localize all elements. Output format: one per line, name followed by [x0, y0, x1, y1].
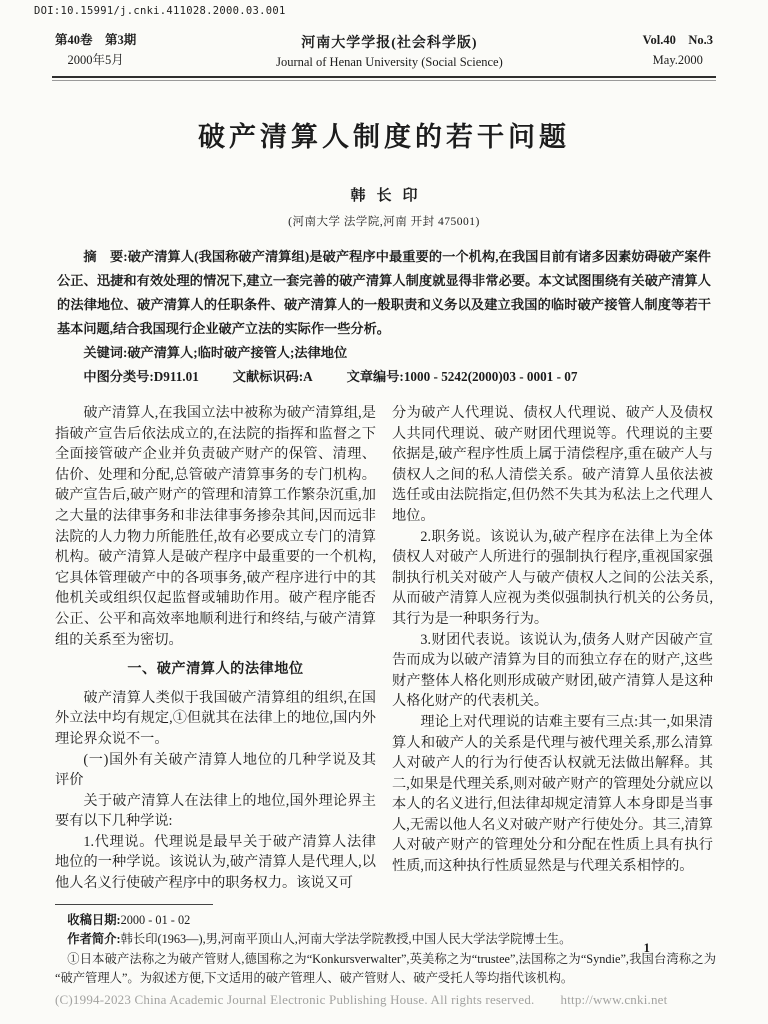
paragraph: 理论上对代理说的诘难主要有三点:其一,如果清算人和破产人的关系是代理与被代理关系… [392, 712, 713, 877]
paragraph: 破产清算人,在我国立法中被称为破产清算组,是指破产宣告后依法成立的,在法院的指挥… [55, 403, 376, 650]
keywords-label: 关键词: [83, 345, 127, 360]
copyright-text: (C)1994-2023 China Academic Journal Elec… [55, 992, 535, 1007]
journal-page: DOI:10.15991/j.cnki.411028.2000.03.001 第… [0, 0, 768, 1024]
author-bio-label: 作者简介: [67, 932, 120, 946]
author-name: 韩长印 [0, 184, 768, 205]
journal-name-en: Journal of Henan University (Social Scie… [276, 55, 503, 70]
body-columns: 破产清算人,在我国立法中被称为破产清算组,是指破产宣告后依法成立的,在法院的指挥… [55, 403, 713, 894]
copyright-bar: (C)1994-2023 China Academic Journal Elec… [55, 992, 728, 1008]
cnki-url: http://www.cnki.net [561, 992, 668, 1007]
clc-label: 中图分类号: [83, 369, 153, 384]
keywords-text: 破产清算人;临时破产接管人;法律地位 [127, 345, 347, 360]
date-en: May.2000 [643, 50, 713, 70]
journal-name-cn: 河南大学学报(社会科学版) [276, 32, 503, 52]
clc-value: D911.01 [154, 369, 199, 384]
footnote-1: ①日本破产法称之为破产管财人,德国称之为“Konkursverwalter”,英… [55, 950, 716, 989]
right-column: 分为破产人代理说、债权人代理说、破产人及债权人共同代理说、破产财团代理说等。代理… [392, 403, 713, 894]
paragraph: 破产清算人类似于我国破产清算组的组织,在国外立法中均有规定,①但就其在法律上的地… [55, 688, 376, 750]
section-heading: 一、破产清算人的法律地位 [55, 659, 376, 680]
footnotes: 收稿日期:2000 - 01 - 02 作者简介:韩长印(1963—),男,河南… [55, 911, 716, 989]
abstract-paragraph: 摘 要:破产清算人(我国称破产清算组)是破产程序中最重要的一个机构,在我国目前有… [57, 245, 711, 341]
keywords-line: 关键词:破产清算人;临时破产接管人;法律地位 [57, 341, 711, 365]
received-date-line: 收稿日期:2000 - 01 - 02 [55, 911, 716, 931]
author-affiliation: (河南大学 法学院,河南 开封 475001) [0, 213, 768, 229]
article-title: 破产清算人制度的若干问题 [0, 115, 768, 154]
date-cn: 2000年5月 [55, 50, 136, 70]
header-divider [52, 76, 716, 81]
volume-issue-cn: 第40卷 第3期 [55, 30, 136, 50]
paragraph: 2.职务说。该说认为,破产程序在法律上为全体债权人对破产人所进行的强制执行程序,… [392, 527, 713, 630]
journal-header: 第40卷 第3期 2000年5月 河南大学学报(社会科学版) Journal o… [55, 30, 713, 70]
paragraph: 3.财团代表说。该说认为,债务人财产因破产宣告而成为以破产清算为目的而独立存在的… [392, 630, 713, 712]
page-number: 1 [644, 940, 651, 956]
received-date-value: 2000 - 01 - 02 [121, 913, 191, 927]
volume-issue-en: Vol.40 No.3 [643, 30, 713, 50]
article-no-label: 文章编号: [347, 369, 404, 384]
doc-code-value: A [303, 369, 313, 384]
received-date-label: 收稿日期: [67, 913, 120, 927]
doc-code-label: 文献标识码: [233, 369, 303, 384]
abstract-label: 摘 要: [83, 249, 127, 264]
header-volume-issue-cn: 第40卷 第3期 2000年5月 [55, 30, 136, 70]
article-no-value: 1000 - 5242(2000)03 - 0001 - 07 [404, 369, 578, 384]
article-meta: 摘 要:破产清算人(我国称破产清算组)是破产程序中最重要的一个机构,在我国目前有… [57, 245, 711, 389]
paragraph: 分为破产人代理说、债权人代理说、破产人及债权人共同代理说、破产财团代理说等。代理… [392, 403, 713, 527]
paragraph: (一)国外有关破产清算人地位的几种学说及其评价 [55, 750, 376, 791]
author-bio-value: 韩长印(1963—),男,河南平顶山人,河南大学法学院教授,中国人民大学法学院博… [121, 932, 572, 946]
paragraph: 关于破产清算人在法律上的地位,国外理论界主要有以下几种学说: [55, 791, 376, 832]
doi-label: DOI:10.15991/j.cnki.411028.2000.03.001 [34, 5, 286, 17]
abstract-text: 破产清算人(我国称破产清算组)是破产程序中最重要的一个机构,在我国目前有诸多因素… [57, 249, 711, 336]
footnote-divider [55, 904, 213, 905]
paragraph: 1.代理说。代理说是最早关于破产清算人法律地位的一种学说。该说认为,破产清算人是… [55, 832, 376, 894]
left-column: 破产清算人,在我国立法中被称为破产清算组,是指破产宣告后依法成立的,在法院的指挥… [55, 403, 376, 894]
classification-line: 中图分类号:D911.01文献标识码:A文章编号:1000 - 5242(200… [57, 365, 711, 389]
header-volume-issue-en: Vol.40 No.3 May.2000 [643, 30, 713, 70]
journal-name-block: 河南大学学报(社会科学版) Journal of Henan Universit… [276, 32, 503, 70]
author-bio-line: 作者简介:韩长印(1963—),男,河南平顶山人,河南大学法学院教授,中国人民大… [55, 930, 716, 950]
